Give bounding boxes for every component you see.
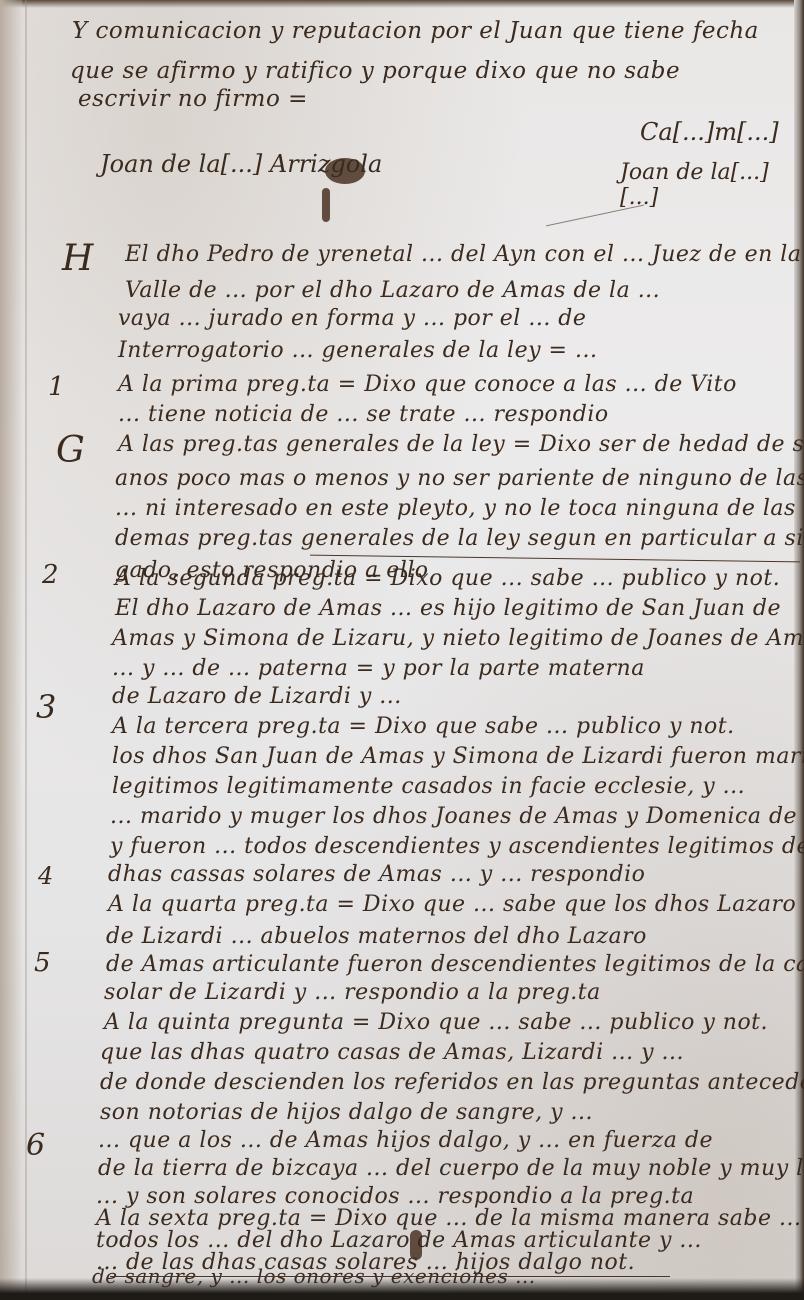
margin-mark: G: [56, 430, 85, 471]
margin-mark: 1: [48, 372, 65, 402]
margin-mark: 3: [36, 688, 56, 726]
margin-mark: 5: [34, 948, 51, 978]
body-line: A las preg.tas generales de la ley = Dix…: [118, 432, 804, 457]
header-line: que se afirmo y ratifico y porque dixo q…: [70, 58, 680, 84]
body-line: anos poco mas o menos y no ser pariente …: [115, 466, 804, 491]
body-line: dhas cassas solares de Amas ... y ... re…: [108, 862, 645, 887]
body-line: son notorias de hijos dalgo de sangre, y…: [100, 1100, 593, 1125]
signature-left: Joan de la[...] Arrizgola: [100, 150, 382, 178]
body-line: de Amas articulante fueron descendientes…: [106, 952, 804, 977]
body-line: los dhos San Juan de Amas y Simona de Li…: [112, 744, 804, 769]
body-line: legitimos legitimamente casados in facie…: [112, 774, 745, 799]
body-line: Interrogatorio ... generales de la ley =…: [118, 338, 597, 363]
signature-right-name: Joan de la[...] [...]: [620, 160, 804, 210]
body-line: El dho Pedro de yrenetal ... del Ayn con…: [125, 242, 801, 267]
manuscript-page: Y comunicacion y reputacion por el Juan …: [0, 0, 804, 1300]
body-line: El dho Lazaro de Amas ... es hijo legiti…: [115, 596, 781, 621]
body-line: Valle de ... por el dho Lazaro de Amas d…: [125, 278, 660, 303]
body-line: A la quinta pregunta = Dixo que ... sabe…: [104, 1010, 768, 1035]
body-line: ... y ... de ... paterna = y por la part…: [112, 656, 645, 681]
body-line: que las dhas quatro casas de Amas, Lizar…: [100, 1040, 684, 1065]
body-line: A la prima preg.ta = Dixo que conoce a l…: [118, 372, 737, 397]
body-line: ... marido y muger los dhos Joanes de Am…: [110, 804, 804, 829]
body-line: de Lazaro de Lizardi y ...: [112, 684, 402, 709]
body-line: y fueron ... todos descendientes y ascen…: [110, 834, 804, 859]
margin-mark: H: [62, 238, 93, 279]
body-line: ... que a los ... de Amas hijos dalgo, y…: [98, 1128, 713, 1153]
body-line: ... tiene noticia de ... se trate ... re…: [118, 402, 609, 427]
margin-mark: 4: [38, 862, 53, 890]
page-fold-crease: [25, 0, 27, 1300]
body-line: vaya ... jurado en forma y ... por el ..…: [118, 306, 586, 331]
margin-mark: 6: [26, 1128, 45, 1163]
body-line: A la tercera preg.ta = Dixo que sabe ...…: [112, 714, 735, 739]
ink-blot: [322, 188, 330, 222]
header-line: Y comunicacion y reputacion por el Juan …: [72, 18, 759, 44]
body-line: demas preg.tas generales de la ley segun…: [115, 526, 804, 551]
body-line: ... ni interesado en este pleyto, y no l…: [115, 496, 796, 521]
body-line: Amas y Simona de Lizaru, y nieto legitim…: [112, 626, 804, 651]
page-left-shadow: [0, 0, 22, 1300]
page-top-edge: [0, 0, 804, 8]
body-line: solar de Lizardi y ... respondio a la pr…: [104, 980, 601, 1005]
signature-flourish: [546, 205, 644, 227]
body-line: de la tierra de bizcaya ... del cuerpo d…: [98, 1156, 804, 1181]
body-line: A la segunda preg.ta = Dixo que ... sabe…: [115, 566, 780, 591]
margin-mark: 2: [42, 560, 59, 590]
body-line: de Lizardi ... abuelos maternos del dho …: [106, 924, 647, 949]
signature-right-top: Ca[...]m[...]: [640, 118, 779, 146]
body-line: A la quarta preg.ta = Dixo que ... sabe …: [108, 892, 796, 917]
header-line: escrivir no firmo =: [78, 86, 308, 112]
closing-rule: [110, 1276, 670, 1277]
body-line: de donde descienden los referidos en las…: [100, 1070, 804, 1095]
